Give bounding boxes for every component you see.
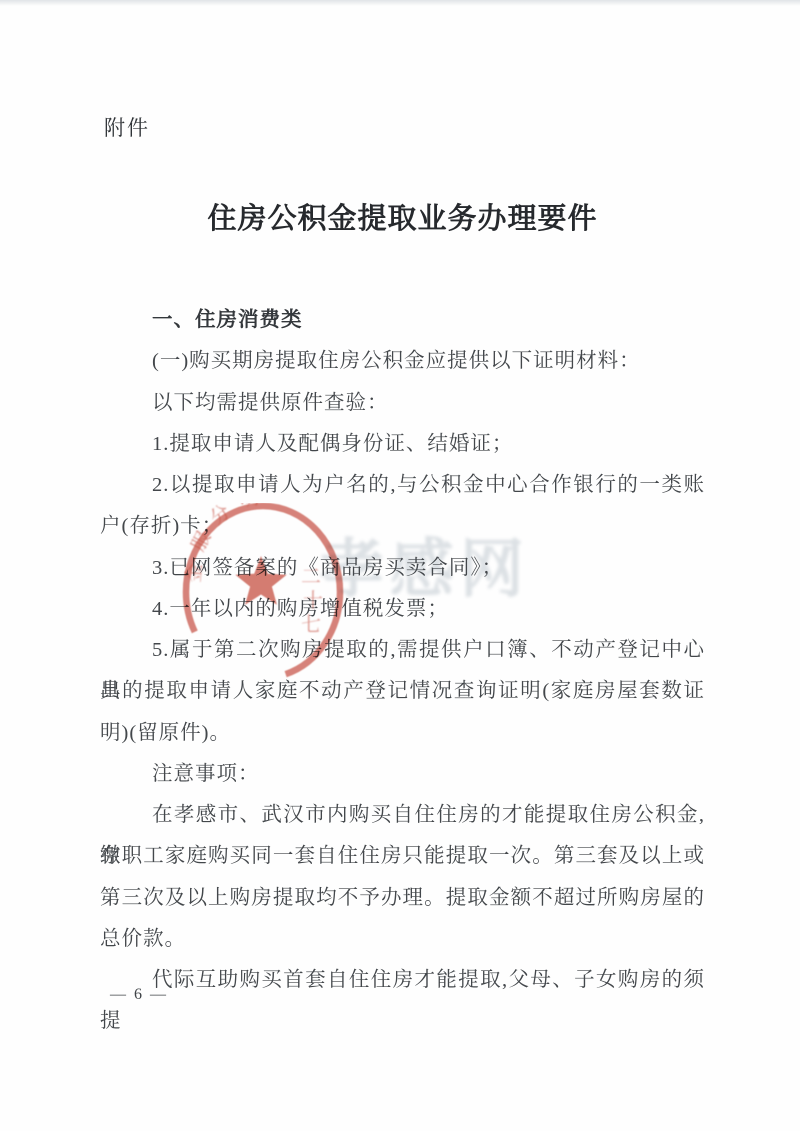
- document-page: 附件 住房公积金提取业务办理要件 孝感网 一、住房消费类(一)购买期房提取住房公…: [0, 0, 800, 1131]
- body-line: 代际互助购买首套自住住房才能提取,父母、子女购房的须提: [100, 960, 705, 1001]
- body-line: 存职工家庭购买同一套自住住房只能提取一次。第三套及以上或: [100, 836, 705, 877]
- seal-column-text: 二 十 七: [301, 566, 328, 636]
- document-title: 住房公积金提取业务办理要件: [100, 196, 705, 237]
- official-seal: 金服分明 二 十 七: [179, 503, 351, 689]
- body-line: 总价款。: [100, 919, 705, 960]
- body-line: 2.以提取申请人为户名的,与公积金中心合作银行的一类账: [100, 465, 705, 506]
- scan-edge-shadow: [0, 0, 800, 6]
- body-line: 在孝感市、武汉市内购买自住住房的才能提取住房公积金,缴: [100, 795, 705, 836]
- body-line: 1.提取申请人及配偶身份证、结婚证；: [100, 424, 705, 465]
- body-line: 注意事项：: [100, 754, 705, 795]
- star-icon: [235, 556, 286, 605]
- body-line: (一)购买期房提取住房公积金应提供以下证明材料：: [100, 341, 705, 382]
- attachment-label: 附件: [104, 112, 150, 142]
- body-line: 一、住房消费类: [100, 300, 705, 341]
- page-number: — 6 —: [110, 986, 168, 1004]
- body-line: 明)(留原件)。: [100, 713, 705, 754]
- body-line: 以下均需提供原件查验：: [100, 383, 705, 424]
- body-line: 第三次及以上购房提取均不予办理。提取金额不超过所购房屋的: [100, 878, 705, 919]
